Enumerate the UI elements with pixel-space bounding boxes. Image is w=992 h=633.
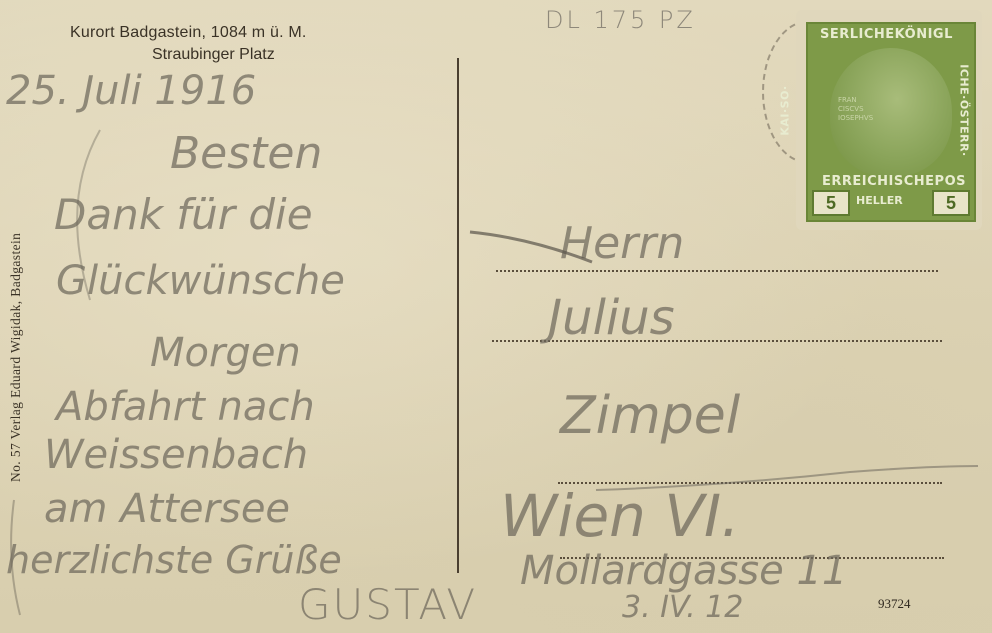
postcard-back: Kurort Badgastein, 1084 m ü. M. Straubin… [0, 0, 992, 633]
pencil-strokes [0, 0, 992, 633]
